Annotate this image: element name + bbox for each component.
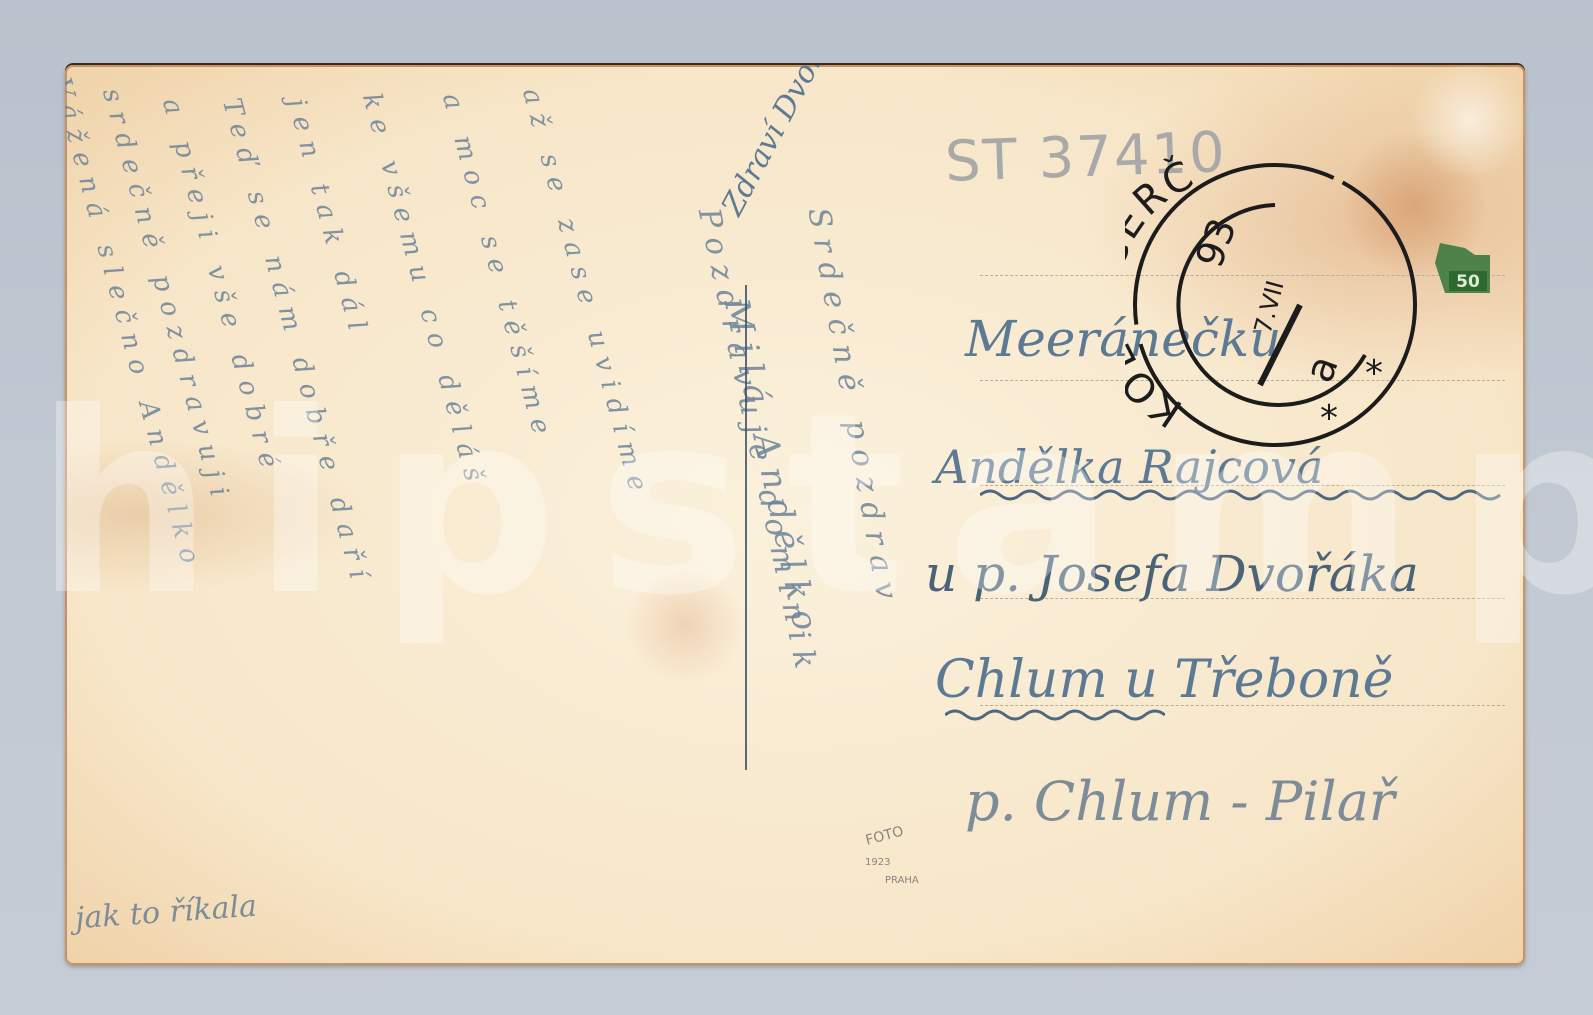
footer-note: jak to říkala bbox=[74, 889, 258, 937]
center-divider bbox=[745, 285, 747, 770]
sender-signature: Zdraví Dvořákovi bbox=[715, 65, 869, 221]
address-line-3: u p. Josefa Dvořáka bbox=[925, 545, 1419, 603]
address-line-4: Chlum u Třeboně bbox=[935, 650, 1393, 710]
svg-text:FOTO: FOTO bbox=[864, 823, 905, 848]
underline-wave bbox=[980, 485, 1505, 505]
svg-text:1923: 1923 bbox=[865, 857, 890, 868]
postmark-star: * bbox=[1320, 398, 1338, 439]
photo-maker-mark: FOTO 1923 PRAHA bbox=[855, 815, 965, 895]
postmark-letter: a bbox=[1296, 350, 1348, 389]
svg-text:PRAHA: PRAHA bbox=[885, 875, 919, 886]
postage-stamp: 50 bbox=[1435, 243, 1490, 293]
center-column: Srdečně pozdrav bbox=[801, 205, 906, 612]
stain bbox=[625, 565, 745, 685]
postmark-date: 7.VII bbox=[1249, 278, 1290, 337]
postcard: Vážená slečno Andělko srdečně pozdravuji… bbox=[65, 65, 1525, 965]
postmark-year: 93 bbox=[1187, 213, 1245, 273]
postmark-star: * bbox=[1365, 353, 1383, 394]
stamp-denomination: 50 bbox=[1456, 272, 1480, 292]
postmark: KOLÍN-ČERČ 93 7.VII a * * bbox=[1125, 155, 1425, 455]
underline-wave bbox=[945, 705, 1165, 725]
address-line-5: p. Chlum - Pilař bbox=[965, 770, 1395, 833]
